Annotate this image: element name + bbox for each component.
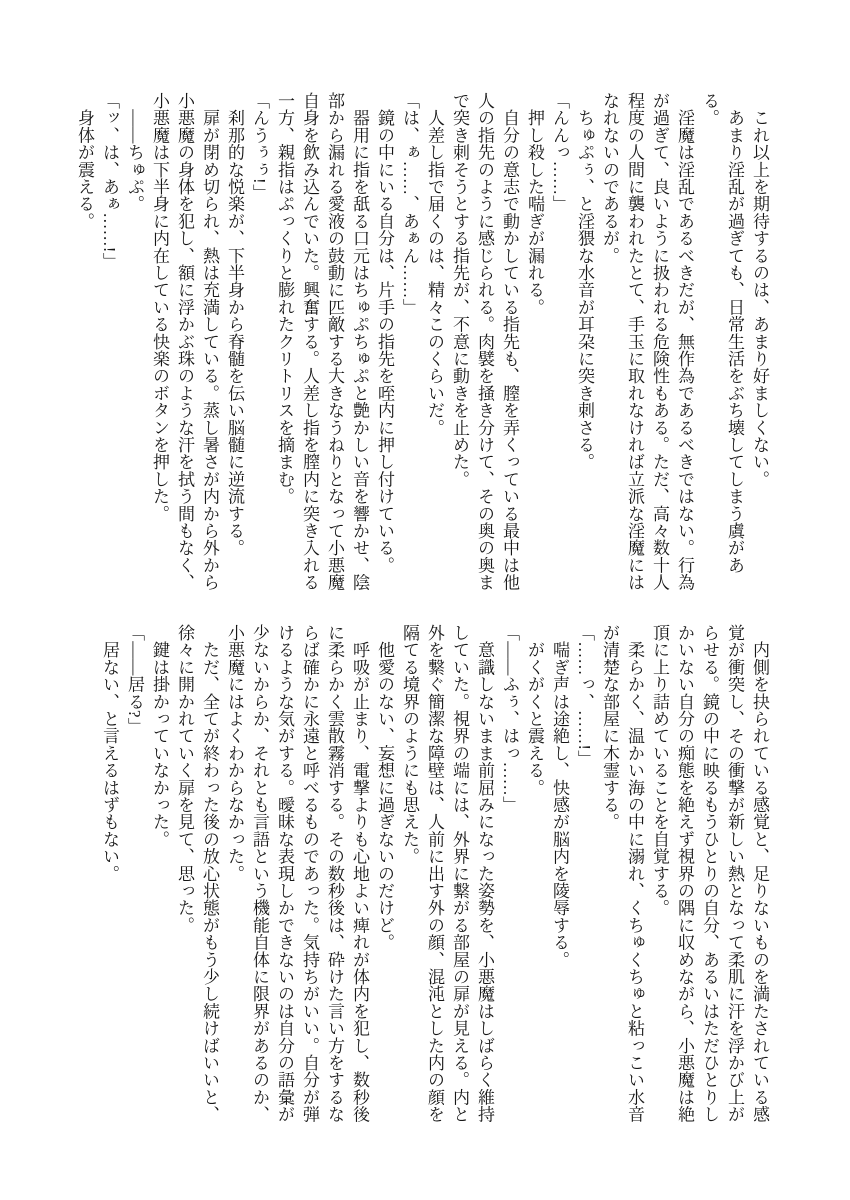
paragraph: 「んんっ……」 <box>547 92 572 604</box>
paragraph: 「ッ、は、あぁ……!」 <box>97 92 122 604</box>
lower-text-block: 内側を抉られている感覚と、足りないものを満たされている感覚が衝突し、その衝撃が新… <box>97 624 772 1136</box>
paragraph: ――ちゅぷ。 <box>122 92 147 604</box>
paragraph: あまり淫乱が過ぎても、日常生活をぶち壊してしまう虞がある。 <box>697 92 747 604</box>
paragraph: 鍵は掛かっていなかった。 <box>147 624 172 1136</box>
paragraph: 意識しないまま前屈みになった姿勢を、小悪魔はしばらく維持していた。視界の端には、… <box>397 624 497 1136</box>
paragraph: 内側を抉られている感覚と、足りないものを満たされている感覚が衝突し、その衝撃が新… <box>647 624 772 1136</box>
paragraph: 柔らかく、温かい海の中に溺れ、くちゅくちゅと粘っこい水音が清楚な部屋に木霊する。 <box>597 624 647 1136</box>
paragraph: 押し殺した喘ぎが漏れる。 <box>522 92 547 604</box>
paragraph: これ以上を期待するのは、あまり好ましくない。 <box>747 92 772 604</box>
paragraph: 身体が震える。 <box>72 92 97 604</box>
paragraph: ただ、全てが終わった後の放心状態がもう少し続けばいいと、徐々に開かれていく扉を見… <box>172 624 222 1136</box>
paragraph: 他愛のない、妄想に過ぎないのだけど。 <box>372 624 397 1136</box>
paragraph: 刹那的な悦楽が、下半身から脊髄を伝い脳髄に逆流する。 <box>222 92 247 604</box>
paragraph: 鏡の中にいる自分は、片手の指先を咥内に押し付けている。 <box>372 92 397 604</box>
paragraph: ちゅぷぅ、と淫猥な水音が耳朶に突き刺さる。 <box>572 92 597 604</box>
novel-page: これ以上を期待するのは、あまり好ましくない。 あまり淫乱が過ぎても、日常生活をぶ… <box>0 0 850 1200</box>
paragraph: 人差し指で届くのは、精々このくらいだ。 <box>422 92 447 604</box>
paragraph: 居ない、と言えるはずもない。 <box>97 624 122 1136</box>
paragraph: 扉が閉め切られ、熱は充満している。蒸し暑さが内から外から小悪魔の身体を犯し、額に… <box>147 92 222 604</box>
paragraph: 呼吸が止まり、電撃よりも心地よい痺れが体内を犯し、数秒後に柔らかく雲散霧消する。… <box>222 624 372 1136</box>
paragraph: 「――ふぅ、はっ……」 <box>497 624 522 1136</box>
paragraph: 「んうぅぅ!」 <box>247 92 272 604</box>
paragraph: 「は、ぁ……、あぁん……」 <box>397 92 422 604</box>
upper-text-block: これ以上を期待するのは、あまり好ましくない。 あまり淫乱が過ぎても、日常生活をぶ… <box>72 92 772 604</box>
paragraph: 淫魔は淫乱であるべきだが、無作為であるべきではない。行為が過ぎて、良いように扱わ… <box>597 92 697 604</box>
paragraph: 器用に指を舐る口元はちゅぷちゅぷと艶かしい音を響かせ、陰部から漏れる愛液の鼓動に… <box>272 92 372 604</box>
paragraph: 「――居る?」 <box>122 624 147 1136</box>
paragraph: がくがくと震える。 <box>522 624 547 1136</box>
paragraph: 自分の意志で動かしている指先も、膣を弄くっている最中は他人の指先のように感じられ… <box>447 92 522 604</box>
paragraph: 「……っ、……!」 <box>572 624 597 1136</box>
paragraph: 喘ぎ声は途絶し、快感が脳内を陵辱する。 <box>547 624 572 1136</box>
